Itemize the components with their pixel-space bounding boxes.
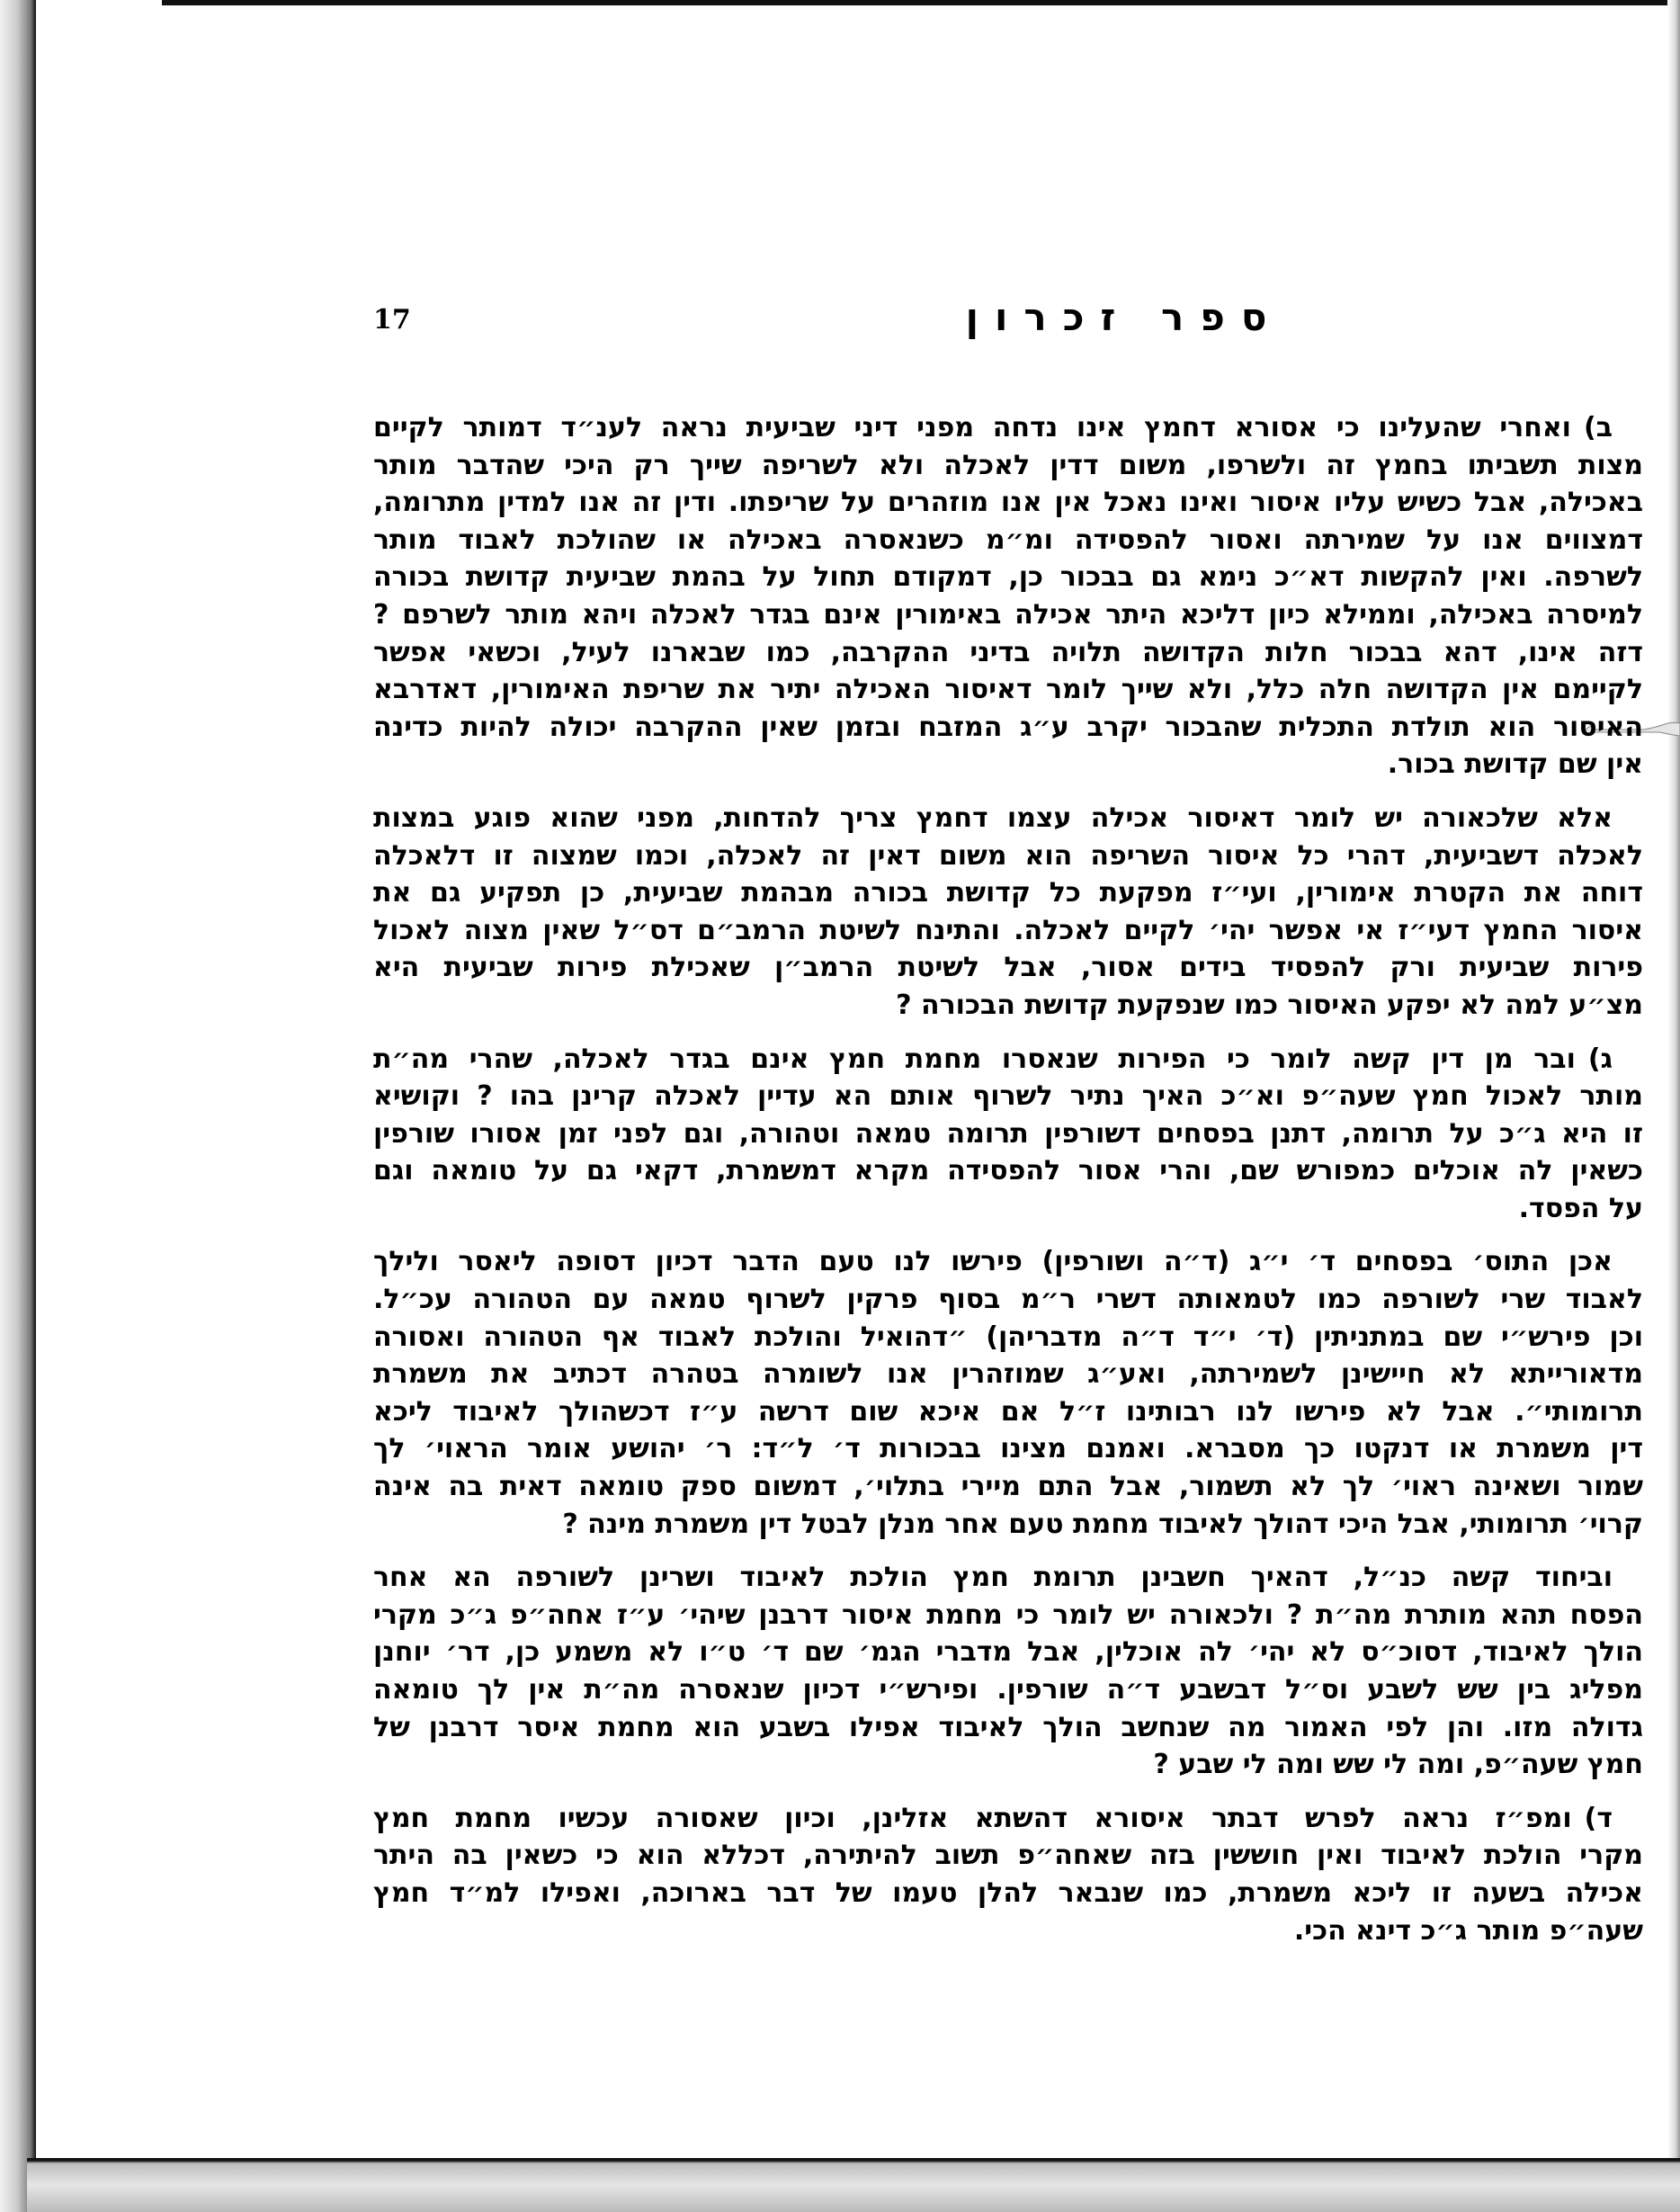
line-text: דין משמרת או דנקטו כך מסברא. ואמנם מצינו… bbox=[373, 1433, 1643, 1464]
line-text: לאבוד שרי לשורפה כמו לטמאותה דשרי ר״מ בס… bbox=[373, 1284, 1643, 1315]
line-text: באכילה, אבל כשיש עליו איסור ואינו נאכל א… bbox=[373, 487, 1643, 518]
line-text: תרומותי״. אבל לא פירשו לנו רבותינו ז״ל א… bbox=[373, 1396, 1643, 1428]
line-text: זו היא ג״כ על תרומה, דתנן בפסחים דשורפין… bbox=[373, 1118, 1643, 1150]
line-text: אין שם קדושת בכור. bbox=[1388, 748, 1643, 780]
section-marker: ג) bbox=[1588, 1043, 1613, 1075]
text-line: דין משמרת או דנקטו כך מסברא. ואמנם מצינו… bbox=[373, 1430, 1643, 1468]
scan-border-right bbox=[1667, 0, 1680, 2212]
line-text: איסור החמץ דעי״ז אי אפשר יהי׳ לקיים לאכל… bbox=[373, 915, 1643, 946]
section-marker: ב) bbox=[1584, 412, 1613, 443]
paragraph: ג)ובר מן דין קשה לומר כי הפירות שנאסרו מ… bbox=[373, 1041, 1643, 1228]
text-line: ג)ובר מן דין קשה לומר כי הפירות שנאסרו מ… bbox=[373, 1041, 1643, 1079]
line-text: קרוי׳ תרומותי, אבל היכי דהולך לאיבוד מחמ… bbox=[562, 1509, 1643, 1540]
line-text: מצות תשביתו בחמץ זה ולשרפו, משום דדין לא… bbox=[373, 450, 1643, 481]
line-text: אכילה בשעה זו ליכא משמרת, כמו שנבאר להלן… bbox=[373, 1877, 1643, 1909]
body-text: ב)ואחרי שהעלינו כי אסורא דחמץ אינו נדחה … bbox=[373, 409, 1643, 1966]
line-text: מדאורייתא לא חיישינן לשמירתה, ואע״ג שמוז… bbox=[373, 1358, 1643, 1390]
text-line: פירות שביעית ורק להפסיד בידים אסור, אבל … bbox=[373, 949, 1643, 987]
text-line: אין שם קדושת בכור. bbox=[373, 746, 1643, 784]
text-line: שמור ושאינה ראוי׳ לך לא תשמור, אבל התם מ… bbox=[373, 1468, 1643, 1506]
text-line: כשאין לה אוכלים כמפורש שם, והרי אסור להפ… bbox=[373, 1152, 1643, 1190]
line-text: מותר לאכול חמץ שעה״פ וא״כ האיך נתיר לשרו… bbox=[373, 1080, 1643, 1112]
scan-border-bottom bbox=[27, 2158, 1680, 2212]
text-line: הולך לאיבוד, דסוכ״ס לא יהי׳ לה אוכלין, א… bbox=[373, 1634, 1643, 1671]
text-line: אכן התוס׳ בפסחים ד׳ י״ג (ד״ה ושורפין) פי… bbox=[373, 1243, 1643, 1281]
text-line: מותר לאכול חמץ שעה״פ וא״כ האיך נתיר לשרו… bbox=[373, 1078, 1643, 1115]
running-title: ספר זכרון bbox=[360, 295, 1655, 339]
paragraph: וביחוד קשה כנ״ל, דהאיך חשבינן תרומת חמץ … bbox=[373, 1559, 1643, 1784]
text-line: לשרפה. ואין להקשות דא״כ נימא גם בבכור כן… bbox=[373, 559, 1643, 596]
text-line: לאכלה דשביעית, דהרי כל איסור השריפה הוא … bbox=[373, 837, 1643, 875]
text-line: קרוי׳ תרומותי, אבל היכי דהולך לאיבוד מחמ… bbox=[373, 1506, 1643, 1544]
line-text: וביחוד קשה כנ״ל, דהאיך חשבינן תרומת חמץ … bbox=[373, 1562, 1613, 1593]
text-line: דמצווים אנו על שמירתה ואסור להפסידה ומ״מ… bbox=[373, 522, 1643, 560]
line-text: לאכלה דשביעית, דהרי כל איסור השריפה הוא … bbox=[373, 840, 1643, 872]
line-text: שמור ושאינה ראוי׳ לך לא תשמור, אבל התם מ… bbox=[373, 1471, 1643, 1502]
line-text: חמץ שעה״פ, ומה לי שש ומה לי שבע ? bbox=[1153, 1749, 1643, 1780]
text-line: תרומותי״. אבל לא פירשו לנו רבותינו ז״ל א… bbox=[373, 1393, 1643, 1431]
text-line: וכן פירש״י שם במתניתין (ד׳ י״ד ד״ה מדברי… bbox=[373, 1319, 1643, 1357]
text-line: האיסור הוא תולדת התכלית שהבכור יקרב ע״ג … bbox=[373, 709, 1643, 747]
scan-border-top bbox=[162, 0, 1680, 5]
line-text: מפליג בין שש לשבע וס״ל דבשבע ד״ה שורפין.… bbox=[373, 1674, 1643, 1706]
text-line: אלא שלכאורה יש לומר דאיסור אכילה עצמו דח… bbox=[373, 800, 1643, 837]
line-text: ומפ״ז נראה לפרש דבתר איסורא דהשתא אזלינן… bbox=[373, 1803, 1572, 1834]
scan-border-left bbox=[0, 0, 36, 2212]
line-text: וכן פירש״י שם במתניתין (ד׳ י״ד ד״ה מדברי… bbox=[373, 1321, 1643, 1353]
text-line: דזה אינו, דהא בבכור חלות הקדושה תלויה בד… bbox=[373, 634, 1643, 672]
text-line: איסור החמץ דעי״ז אי אפשר יהי׳ לקיים לאכל… bbox=[373, 912, 1643, 950]
line-text: מצ״ע למה לא יפקע האיסור כמו שנפקעת קדושת… bbox=[896, 990, 1643, 1021]
paragraph: ב)ואחרי שהעלינו כי אסורא דחמץ אינו נדחה … bbox=[373, 409, 1643, 784]
line-text: גדולה מזו. והן לפי האמור מה שנחשב הולך ל… bbox=[373, 1712, 1643, 1743]
section-marker: ד) bbox=[1585, 1803, 1613, 1834]
line-text: פירות שביעית ורק להפסיד בידים אסור, אבל … bbox=[373, 952, 1643, 983]
text-line: למיסרה באכילה, וממילא כיון דליכא היתר אכ… bbox=[373, 596, 1643, 634]
text-line: שעה״פ מותר ג״כ דינא הכי. bbox=[373, 1912, 1643, 1950]
line-text: האיסור הוא תולדת התכלית שהבכור יקרב ע״ג … bbox=[373, 712, 1643, 743]
text-line: דוחה את הקטרת אימורין, ועי״ז מפקעת כל קד… bbox=[373, 874, 1643, 912]
paragraph: אלא שלכאורה יש לומר דאיסור אכילה עצמו דח… bbox=[373, 800, 1643, 1025]
page-header: 17 ספר זכרון bbox=[360, 288, 1655, 351]
line-text: לקיימם אין הקדושה חלה כלל, ולא שייך לומר… bbox=[373, 674, 1643, 705]
line-text: על הפסד. bbox=[1519, 1193, 1643, 1224]
line-text: שעה״פ מותר ג״כ דינא הכי. bbox=[1294, 1915, 1643, 1947]
text-line: לאבוד שרי לשורפה כמו לטמאותה דשרי ר״מ בס… bbox=[373, 1281, 1643, 1319]
text-line: לקיימם אין הקדושה חלה כלל, ולא שייך לומר… bbox=[373, 671, 1643, 709]
line-text: ואחרי שהעלינו כי אסורא דחמץ אינו נדחה מפ… bbox=[373, 412, 1571, 443]
text-line: מפליג בין שש לשבע וס״ל דבשבע ד״ה שורפין.… bbox=[373, 1671, 1643, 1709]
text-line: ב)ואחרי שהעלינו כי אסורא דחמץ אינו נדחה … bbox=[373, 409, 1643, 447]
line-text: למיסרה באכילה, וממילא כיון דליכא היתר אכ… bbox=[373, 599, 1643, 631]
line-text: הפסח תהא מותרת מה״ת ? ולכאורה יש לומר כי… bbox=[373, 1599, 1643, 1631]
line-text: לשרפה. ואין להקשות דא״כ נימא גם בבכור כן… bbox=[373, 561, 1643, 593]
text-line: זו היא ג״כ על תרומה, דתנן בפסחים דשורפין… bbox=[373, 1115, 1643, 1153]
text-line: גדולה מזו. והן לפי האמור מה שנחשב הולך ל… bbox=[373, 1709, 1643, 1747]
text-line: וביחוד קשה כנ״ל, דהאיך חשבינן תרומת חמץ … bbox=[373, 1559, 1643, 1597]
line-text: דוחה את הקטרת אימורין, ועי״ז מפקעת כל קד… bbox=[373, 877, 1643, 909]
line-text: כשאין לה אוכלים כמפורש שם, והרי אסור להפ… bbox=[373, 1155, 1643, 1187]
text-line: מצות תשביתו בחמץ זה ולשרפו, משום דדין לא… bbox=[373, 447, 1643, 485]
text-line: הפסח תהא מותרת מה״ת ? ולכאורה יש לומר כי… bbox=[373, 1597, 1643, 1634]
line-text: אלא שלכאורה יש לומר דאיסור אכילה עצמו דח… bbox=[373, 802, 1613, 834]
line-text: אכן התוס׳ בפסחים ד׳ י״ג (ד״ה ושורפין) פי… bbox=[373, 1246, 1613, 1277]
line-text: הולך לאיבוד, דסוכ״ס לא יהי׳ לה אוכלין, א… bbox=[373, 1636, 1643, 1668]
text-line: באכילה, אבל כשיש עליו איסור ואינו נאכל א… bbox=[373, 484, 1643, 522]
text-line: על הפסד. bbox=[373, 1190, 1643, 1228]
line-text: דמצווים אנו על שמירתה ואסור להפסידה ומ״מ… bbox=[373, 524, 1643, 556]
text-line: חמץ שעה״פ, ומה לי שש ומה לי שבע ? bbox=[373, 1746, 1643, 1784]
paragraph: אכן התוס׳ בפסחים ד׳ י״ג (ד״ה ושורפין) פי… bbox=[373, 1243, 1643, 1543]
line-text: מקרי הולכת לאיבוד ואין חוששין בזה שאחה״פ… bbox=[373, 1840, 1643, 1871]
line-text: ובר מן דין קשה לומר כי הפירות שנאסרו מחמ… bbox=[373, 1043, 1576, 1075]
text-line: מצ״ע למה לא יפקע האיסור כמו שנפקעת קדושת… bbox=[373, 987, 1643, 1025]
paragraph: ד)ומפ״ז נראה לפרש דבתר איסורא דהשתא אזלי… bbox=[373, 1800, 1643, 1949]
text-line: ד)ומפ״ז נראה לפרש דבתר איסורא דהשתא אזלי… bbox=[373, 1800, 1643, 1838]
text-line: אכילה בשעה זו ליכא משמרת, כמו שנבאר להלן… bbox=[373, 1875, 1643, 1912]
line-text: דזה אינו, דהא בבכור חלות הקדושה תלויה בד… bbox=[373, 637, 1643, 668]
text-line: מקרי הולכת לאיבוד ואין חוששין בזה שאחה״פ… bbox=[373, 1837, 1643, 1875]
text-line: מדאורייתא לא חיישינן לשמירתה, ואע״ג שמוז… bbox=[373, 1356, 1643, 1393]
